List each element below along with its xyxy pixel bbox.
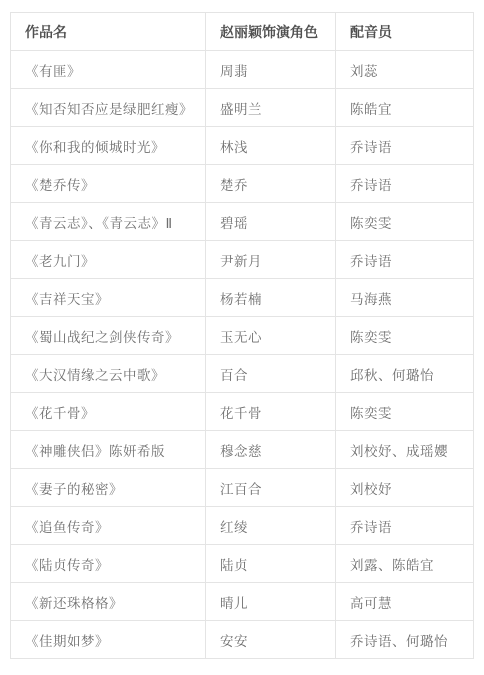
table-row: 《知否知否应是绿肥红瘦》 盛明兰 陈皓宜 — [11, 89, 474, 127]
cell-voice-actor: 乔诗语 — [336, 241, 474, 279]
cell-voice-actor: 刘校妤、成瑶孆 — [336, 431, 474, 469]
cell-voice-actor: 陈奕雯 — [336, 317, 474, 355]
table-row: 《有匪》 周翡 刘蕊 — [11, 51, 474, 89]
cell-work-title: 《追鱼传奇》 — [11, 507, 206, 545]
cell-voice-actor: 乔诗语 — [336, 507, 474, 545]
cell-work-title: 《有匪》 — [11, 51, 206, 89]
cell-character: 江百合 — [206, 469, 336, 507]
cell-work-title: 《知否知否应是绿肥红瘦》 — [11, 89, 206, 127]
cell-work-title: 《神雕侠侣》陈妍希版 — [11, 431, 206, 469]
cell-character: 晴儿 — [206, 583, 336, 621]
table-row: 《你和我的倾城时光》 林浅 乔诗语 — [11, 127, 474, 165]
cell-voice-actor: 乔诗语 — [336, 165, 474, 203]
table-row: 《神雕侠侣》陈妍希版 穆念慈 刘校妤、成瑶孆 — [11, 431, 474, 469]
cell-voice-actor: 邱秋、何璐怡 — [336, 355, 474, 393]
table-row: 《妻子的秘密》 江百合 刘校妤 — [11, 469, 474, 507]
cell-voice-actor: 高可慧 — [336, 583, 474, 621]
cell-voice-actor: 陈皓宜 — [336, 89, 474, 127]
table-row: 《追鱼传奇》 红绫 乔诗语 — [11, 507, 474, 545]
table-row: 《花千骨》 花千骨 陈奕雯 — [11, 393, 474, 431]
cell-voice-actor: 陈奕雯 — [336, 393, 474, 431]
cell-character: 林浅 — [206, 127, 336, 165]
cell-character: 盛明兰 — [206, 89, 336, 127]
cell-character: 陆贞 — [206, 545, 336, 583]
cell-work-title: 《青云志》、《青云志》Ⅱ — [11, 203, 206, 241]
table-row: 《青云志》、《青云志》Ⅱ 碧瑶 陈奕雯 — [11, 203, 474, 241]
table-header-row: 作品名 赵丽颖饰演角色 配音员 — [11, 13, 474, 51]
cell-work-title: 《陆贞传奇》 — [11, 545, 206, 583]
cell-work-title: 《妻子的秘密》 — [11, 469, 206, 507]
cell-work-title: 《吉祥天宝》 — [11, 279, 206, 317]
cell-voice-actor: 陈奕雯 — [336, 203, 474, 241]
cell-character: 穆念慈 — [206, 431, 336, 469]
table-row: 《蜀山战纪之剑侠传奇》 玉无心 陈奕雯 — [11, 317, 474, 355]
header-voice-actor: 配音员 — [336, 13, 474, 51]
cell-voice-actor: 乔诗语、何璐怡 — [336, 621, 474, 659]
cell-character: 尹新月 — [206, 241, 336, 279]
header-character: 赵丽颖饰演角色 — [206, 13, 336, 51]
cell-character: 周翡 — [206, 51, 336, 89]
table-row: 《老九门》 尹新月 乔诗语 — [11, 241, 474, 279]
cell-voice-actor: 刘校妤 — [336, 469, 474, 507]
cell-character: 花千骨 — [206, 393, 336, 431]
header-work-title: 作品名 — [11, 13, 206, 51]
cell-character: 红绫 — [206, 507, 336, 545]
cell-character: 玉无心 — [206, 317, 336, 355]
table-row: 《吉祥天宝》 杨若楠 马海燕 — [11, 279, 474, 317]
table-row: 《大汉情缘之云中歌》 百合 邱秋、何璐怡 — [11, 355, 474, 393]
voice-actor-table: 作品名 赵丽颖饰演角色 配音员 《有匪》 周翡 刘蕊 《知否知否应是绿肥红瘦》 … — [10, 12, 474, 659]
cell-character: 碧瑶 — [206, 203, 336, 241]
cell-voice-actor: 刘露、陈皓宜 — [336, 545, 474, 583]
cell-work-title: 《大汉情缘之云中歌》 — [11, 355, 206, 393]
cell-character: 百合 — [206, 355, 336, 393]
cell-work-title: 《花千骨》 — [11, 393, 206, 431]
cell-work-title: 《楚乔传》 — [11, 165, 206, 203]
cell-work-title: 《新还珠格格》 — [11, 583, 206, 621]
table-row: 《陆贞传奇》 陆贞 刘露、陈皓宜 — [11, 545, 474, 583]
cell-work-title: 《佳期如梦》 — [11, 621, 206, 659]
cell-work-title: 《你和我的倾城时光》 — [11, 127, 206, 165]
cell-voice-actor: 马海燕 — [336, 279, 474, 317]
cell-character: 杨若楠 — [206, 279, 336, 317]
cell-work-title: 《蜀山战纪之剑侠传奇》 — [11, 317, 206, 355]
table-row: 《佳期如梦》 安安 乔诗语、何璐怡 — [11, 621, 474, 659]
cell-voice-actor: 乔诗语 — [336, 127, 474, 165]
cell-work-title: 《老九门》 — [11, 241, 206, 279]
table-row: 《楚乔传》 楚乔 乔诗语 — [11, 165, 474, 203]
page: 作品名 赵丽颖饰演角色 配音员 《有匪》 周翡 刘蕊 《知否知否应是绿肥红瘦》 … — [0, 0, 484, 675]
table-row: 《新还珠格格》 晴儿 高可慧 — [11, 583, 474, 621]
cell-voice-actor: 刘蕊 — [336, 51, 474, 89]
cell-character: 安安 — [206, 621, 336, 659]
cell-character: 楚乔 — [206, 165, 336, 203]
